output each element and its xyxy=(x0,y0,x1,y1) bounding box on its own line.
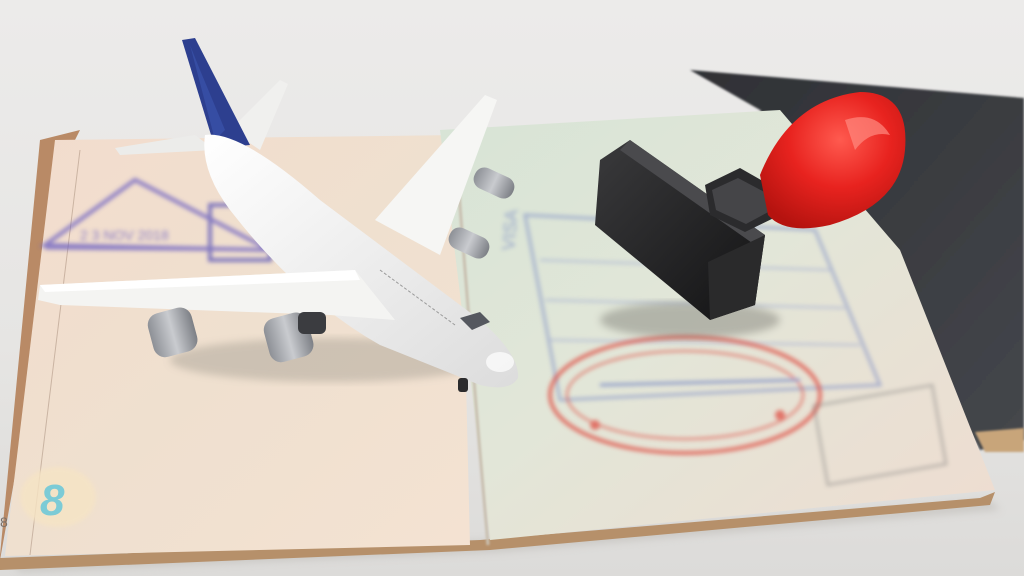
photo-scene: 2 3 NOV 2018 VISA 8 8 xyxy=(0,0,1024,576)
svg-text:VISA: VISA xyxy=(498,209,522,252)
svg-text:8: 8 xyxy=(0,514,8,530)
svg-text:8: 8 xyxy=(40,476,65,525)
svg-text:2 3 NOV 2018: 2 3 NOV 2018 xyxy=(80,227,169,243)
